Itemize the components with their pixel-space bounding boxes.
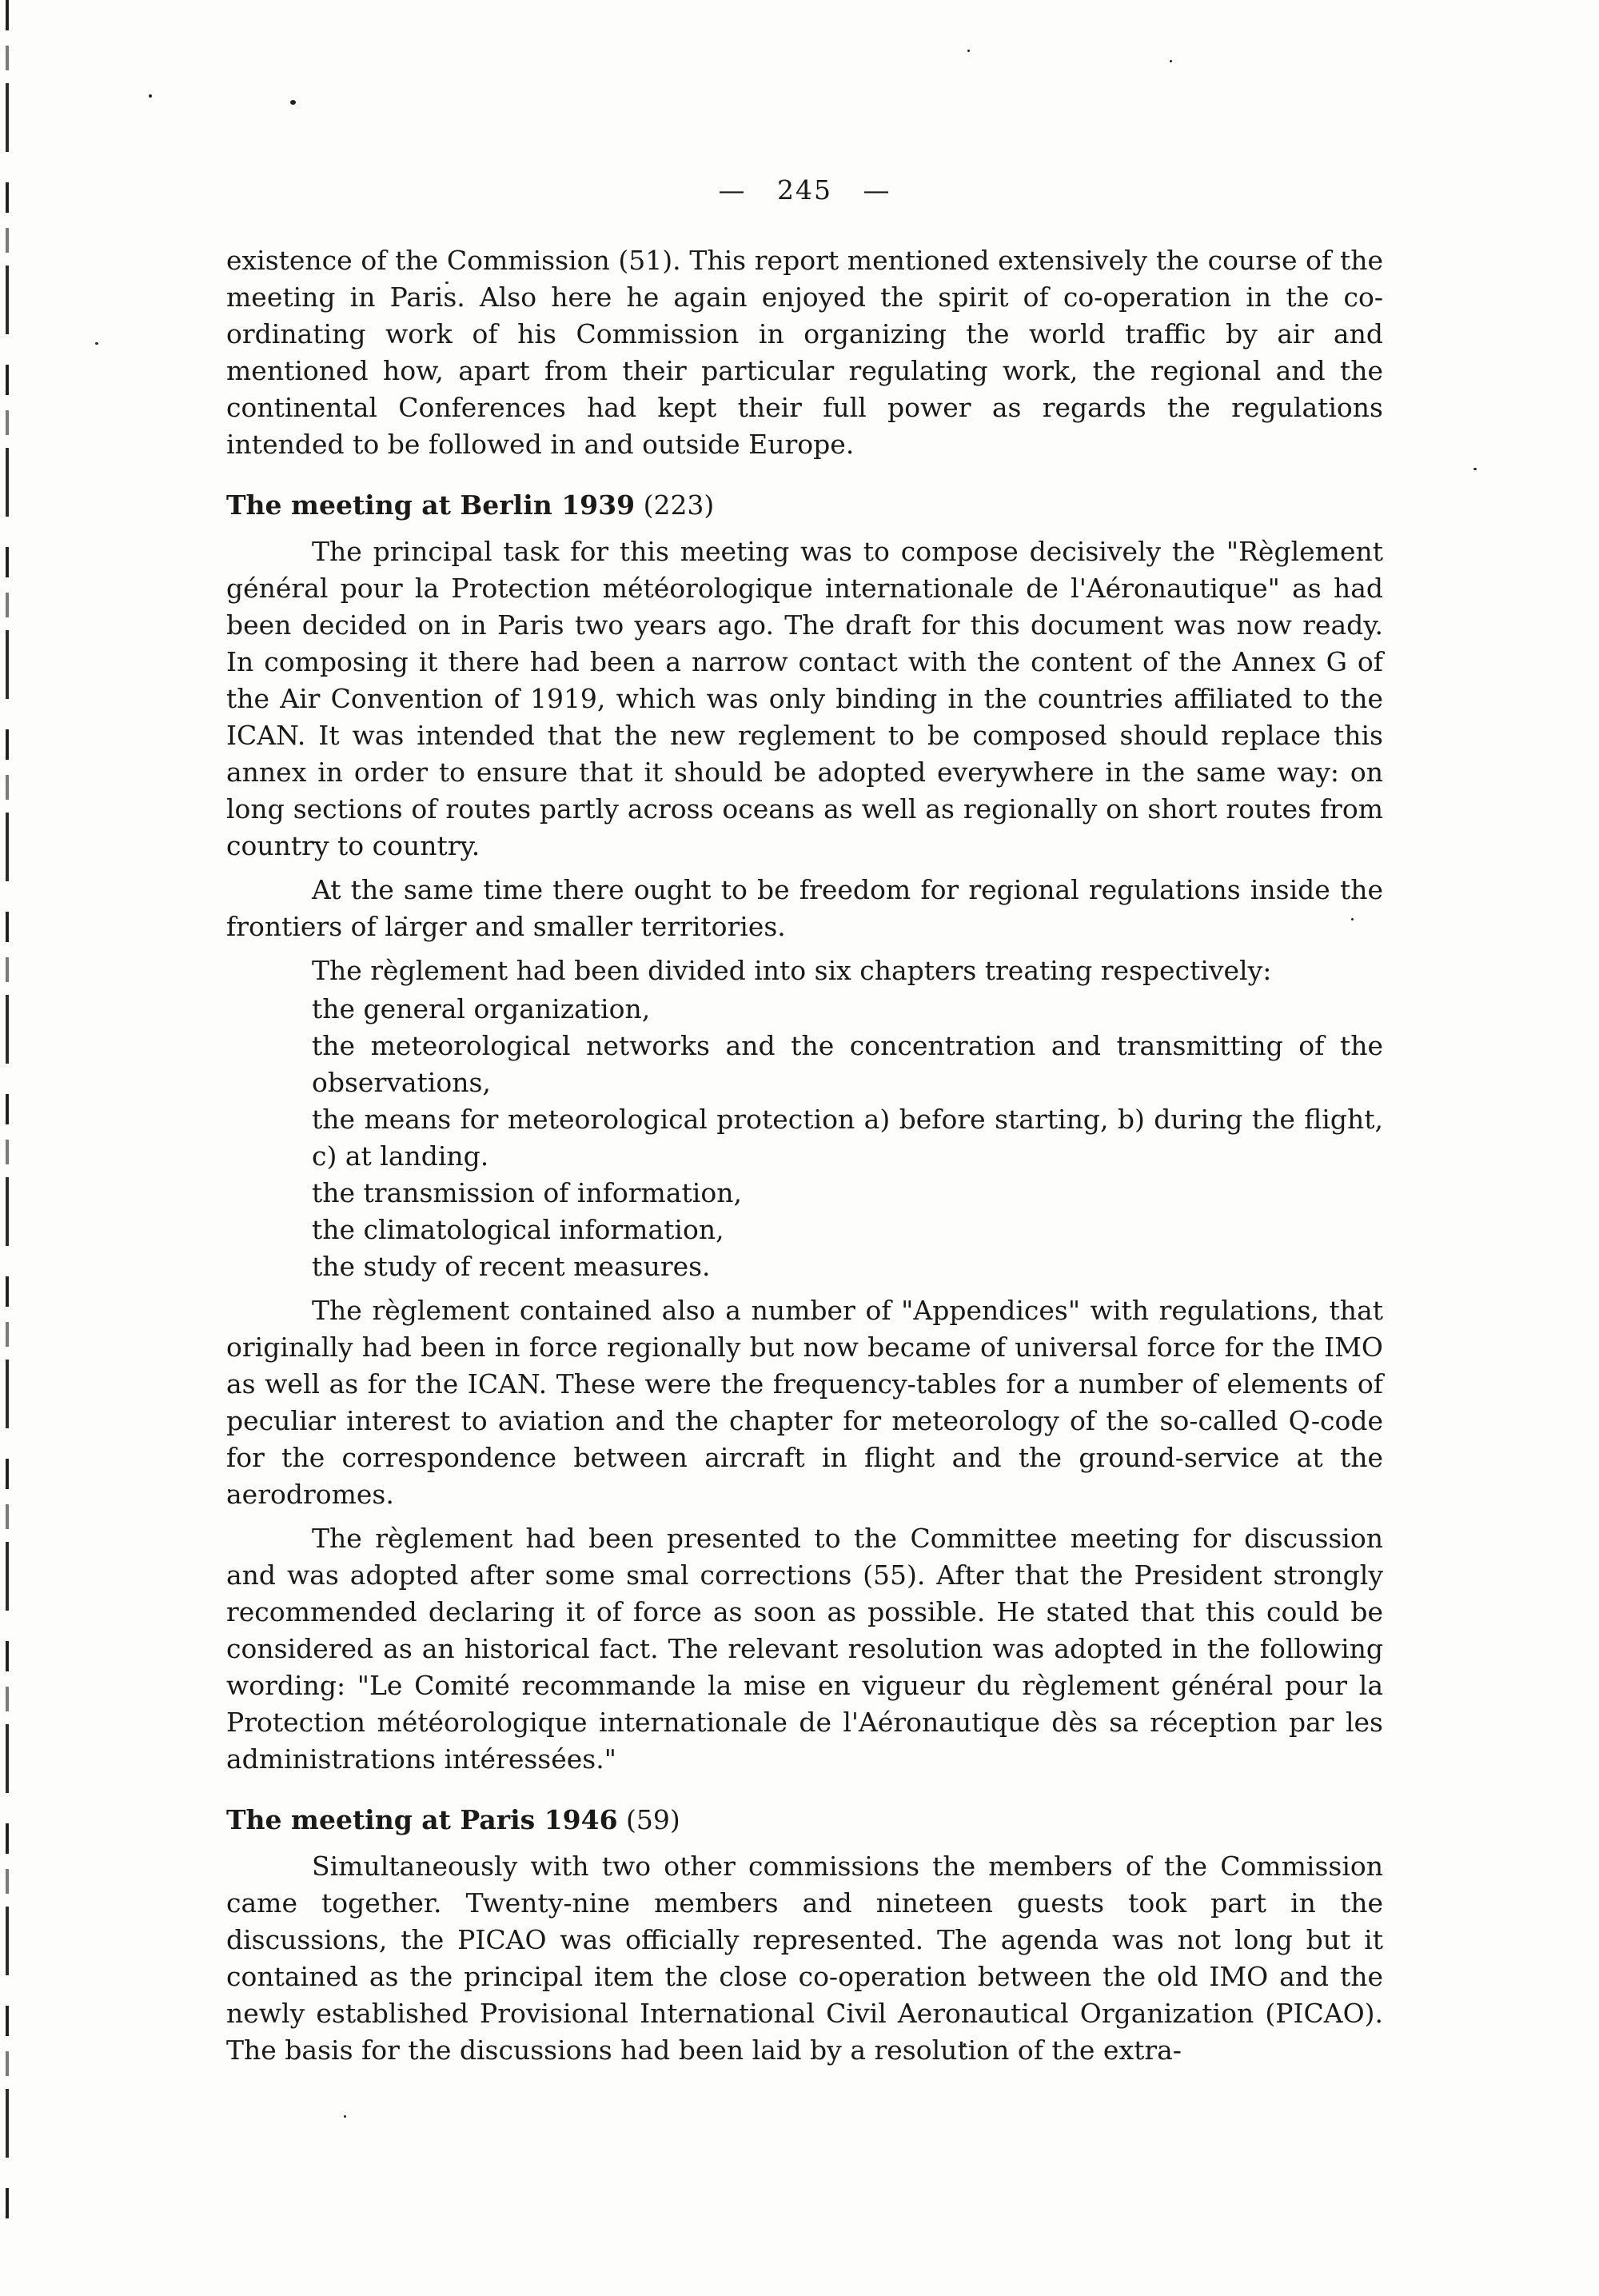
list-item: the means for meteorological protection … [312, 1101, 1383, 1175]
paragraph-continuation: existence of the Commission (51). This r… [226, 242, 1383, 463]
chapter-list: the general organization, the meteorolog… [226, 991, 1383, 1285]
heading-title: The meeting at Berlin 1939 [226, 489, 635, 521]
section-heading-paris-1946: The meeting at Paris 1946 (59) [226, 1802, 1383, 1839]
section-heading-berlin-1939: The meeting at Berlin 1939 (223) [226, 487, 1383, 524]
list-item: the study of recent measures. [312, 1248, 1383, 1285]
page-number-text: — 245 — [719, 174, 891, 206]
paragraph: The principal task for this meeting was … [226, 533, 1383, 864]
heading-title: The meeting at Paris 1946 [226, 1804, 618, 1835]
paragraph: The règlement had been presented to the … [226, 1520, 1383, 1778]
paragraph: The règlement contained also a number of… [226, 1292, 1383, 1513]
paragraph: Simultaneously with two other commission… [226, 1848, 1383, 2069]
paragraph: The règlement had been divided into six … [226, 952, 1383, 989]
heading-reference-number: (59) [618, 1804, 680, 1835]
scan-speck [1170, 60, 1172, 62]
document-page: — 245 — existence of the Commission (51)… [0, 0, 1599, 2296]
page-number: — 245 — [226, 174, 1383, 206]
text-block: existence of the Commission (51). This r… [226, 242, 1383, 2076]
scan-speck [1473, 468, 1477, 470]
list-item: the transmission of information, [312, 1175, 1383, 1212]
paragraph: At the same time there ought to be freed… [226, 872, 1383, 945]
heading-reference-number: (223) [635, 489, 714, 521]
list-item: the climatological information, [312, 1212, 1383, 1248]
scan-speck [149, 94, 152, 98]
scan-speck [967, 50, 970, 52]
list-item: the general organization, [312, 991, 1383, 1028]
scan-speck [95, 342, 98, 345]
scan-speck [290, 100, 296, 105]
scan-speck [344, 2115, 346, 2118]
list-item: the meteorological networks and the conc… [312, 1028, 1383, 1101]
scan-edge-artifact [6, 0, 9, 2231]
